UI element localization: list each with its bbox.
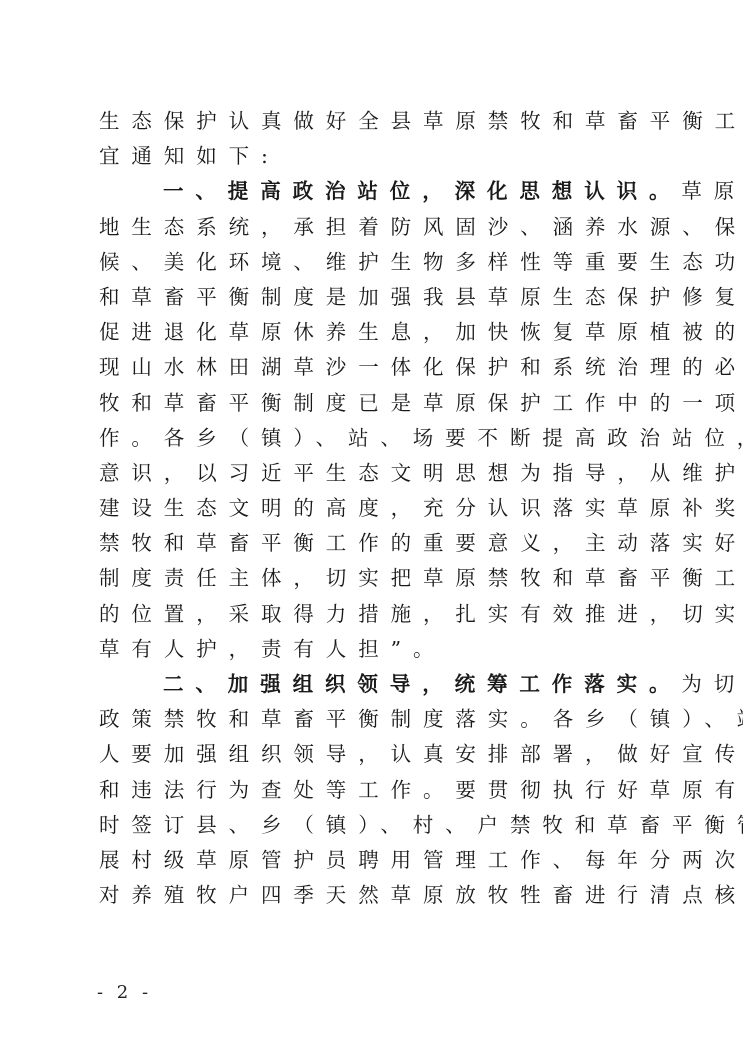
section-heading-line: 一、提高政治站位，深化思想认识。草原是我县最大的陆 bbox=[99, 174, 659, 209]
line-text: 和违法行为查处等工作。要贯彻执行好草原有关法律法规，及 bbox=[99, 778, 743, 802]
text-line: 建设生态文明的高度，充分认识落实草原补奖政策，加强草原 bbox=[99, 491, 659, 526]
text-line: 人要加强组织领导，认真安排部署，做好宣传发动、督导检查 bbox=[99, 737, 659, 772]
line-text: 对养殖牧户四季天然草原放牧牲畜进行清点核实登记造册、建 bbox=[99, 883, 743, 907]
text-line: 牧和草畜平衡制度已是草原保护工作中的一项常态化的日常工 bbox=[99, 386, 659, 421]
line-text: 意识，以习近平生态文明思想为指导，从维护草原生态安全、 bbox=[99, 461, 743, 485]
text-line: 生态保护认真做好全县草原禁牧和草畜平衡工作，现就有关事 bbox=[99, 104, 659, 139]
text-line: 制度责任主体，切实把草原禁牧和草畜平衡工作放在更加突出 bbox=[99, 561, 659, 596]
line-text: 展村级草原管护员聘用管理工作、每年分两次（6 月和 12 月） bbox=[99, 848, 743, 872]
text-line: 候、美化环境、维护生物多样性等重要生态功能。落实禁牧休 bbox=[99, 245, 659, 280]
line-text: 时签订县、乡（镇）、村、户禁牧和草畜平衡管理责任书，开 bbox=[99, 813, 743, 837]
text-line: 意识，以习近平生态文明思想为指导，从维护草原生态安全、 bbox=[99, 456, 659, 491]
document-page: 生态保护认真做好全县草原禁牧和草畜平衡工作，现就有关事 宜通知如下: 一、提高政… bbox=[0, 0, 743, 1051]
line-text: 制度责任主体，切实把草原禁牧和草畜平衡工作放在更加突出 bbox=[99, 566, 743, 590]
line-text: 草有人护，责有人担”。 bbox=[99, 637, 445, 661]
line-text: 政策禁牧和草畜平衡制度落实。各乡（镇）、站、场主要负责 bbox=[99, 707, 743, 731]
text-line: 作。各乡（镇）、站、场要不断提高政治站位，全面深化思想 bbox=[99, 421, 659, 456]
line-text: 建设生态文明的高度，充分认识落实草原补奖政策，加强草原 bbox=[99, 496, 743, 520]
section-heading-1: 一、提高政治站位，深化思想认识。 bbox=[163, 179, 681, 203]
line-text: 的位置，采取得力措施，扎实有效推进，切实做到“山有人管、 bbox=[99, 602, 743, 626]
text-line: 草有人护，责有人担”。 bbox=[99, 632, 659, 667]
line-text: 作。各乡（镇）、站、场要不断提高政治站位，全面深化思想 bbox=[99, 426, 743, 450]
text-line: 现山水林田湖草沙一体化保护和系统治理的必然要求。落实禁 bbox=[99, 350, 659, 385]
page-number: - 2 - bbox=[97, 982, 152, 1003]
section-heading-2: 二、加强组织领导，统筹工作落实。 bbox=[163, 672, 681, 696]
text-line: 和违法行为查处等工作。要贯彻执行好草原有关法律法规，及 bbox=[99, 773, 659, 808]
text-line: 宜通知如下: bbox=[99, 139, 659, 174]
line-text: 人要加强组织领导，认真安排部署，做好宣传发动、督导检查 bbox=[99, 742, 743, 766]
text-line: 的位置，采取得力措施，扎实有效推进，切实做到“山有人管、 bbox=[99, 597, 659, 632]
document-body: 生态保护认真做好全县草原禁牧和草畜平衡工作，现就有关事 宜通知如下: 一、提高政… bbox=[99, 104, 659, 913]
line-text: 和草畜平衡制度是加强我县草原生态保护修复的重要途径，是 bbox=[99, 285, 743, 309]
line-text: 草原是我县最大的陆 bbox=[681, 179, 743, 203]
line-text: 宜通知如下: bbox=[99, 144, 280, 168]
text-line: 禁牧和草畜平衡工作的重要意义，主动落实好禁牧和草畜平衡 bbox=[99, 526, 659, 561]
section-heading-line: 二、加强组织领导，统筹工作落实。为切实加强草原补奖 bbox=[99, 667, 659, 702]
text-line: 地生态系统，承担着防风固沙、涵养水源、保持水土、调节气 bbox=[99, 210, 659, 245]
line-text: 促进退化草原休养生息，加快恢复草原植被的主要措施，是实 bbox=[99, 320, 743, 344]
text-line: 时签订县、乡（镇）、村、户禁牧和草畜平衡管理责任书，开 bbox=[99, 808, 659, 843]
line-text: 牧和草畜平衡制度已是草原保护工作中的一项常态化的日常工 bbox=[99, 391, 743, 415]
line-text: 现山水林田湖草沙一体化保护和系统治理的必然要求。落实禁 bbox=[99, 355, 743, 379]
line-text: 生态保护认真做好全县草原禁牧和草畜平衡工作，现就有关事 bbox=[99, 109, 743, 133]
text-line: 展村级草原管护员聘用管理工作、每年分两次（6 月和 12 月） bbox=[99, 843, 659, 878]
line-text: 地生态系统，承担着防风固沙、涵养水源、保持水土、调节气 bbox=[99, 215, 743, 239]
text-line: 对养殖牧户四季天然草原放牧牲畜进行清点核实登记造册、建 bbox=[99, 878, 659, 913]
line-text: 为切实加强草原补奖 bbox=[681, 672, 743, 696]
text-line: 和草畜平衡制度是加强我县草原生态保护修复的重要途径，是 bbox=[99, 280, 659, 315]
text-line: 促进退化草原休养生息，加快恢复草原植被的主要措施，是实 bbox=[99, 315, 659, 350]
line-text: 候、美化环境、维护生物多样性等重要生态功能。落实禁牧休 bbox=[99, 250, 743, 274]
text-line: 政策禁牧和草畜平衡制度落实。各乡（镇）、站、场主要负责 bbox=[99, 702, 659, 737]
line-text: 禁牧和草畜平衡工作的重要意义，主动落实好禁牧和草畜平衡 bbox=[99, 531, 743, 555]
